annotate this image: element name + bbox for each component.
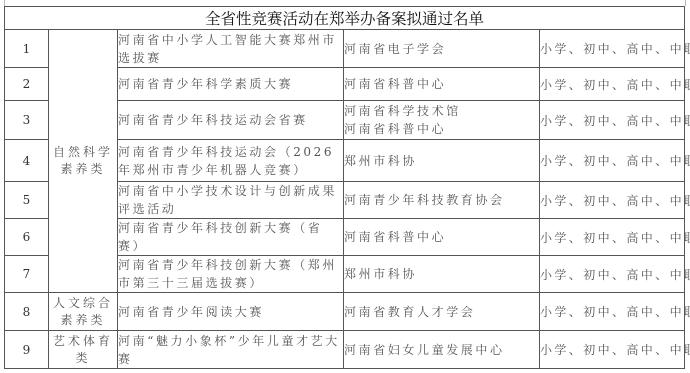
- competition-name: 河南省青少年科技运动会省赛: [118, 101, 344, 140]
- grade-levels: 小学、初中、高中、中职: [540, 140, 685, 182]
- organizer: 河南青少年科技教育协会: [344, 182, 540, 219]
- organizer-line: 郑州市科协: [344, 152, 539, 170]
- competition-name: 河南省青少年科技运动会（2026年郑州市青少年机器人竞赛）: [118, 140, 344, 182]
- grade-levels: 小学、初中、高中、中职: [540, 182, 685, 219]
- grade-levels: 小学、初中、高中、中职: [540, 101, 685, 140]
- competition-name: 河南省青少年阅读大赛: [118, 293, 344, 331]
- row-number: 4: [5, 140, 49, 182]
- competition-name: 河南省青少年科技创新大赛（省赛）: [118, 219, 344, 256]
- row-number: 9: [5, 331, 49, 369]
- organizer: 河南省科普中心: [344, 68, 540, 101]
- row-number: 7: [5, 256, 49, 293]
- row-number: 3: [5, 101, 49, 140]
- organizer-line: 河南省电子学会: [344, 40, 539, 58]
- category-arts-sports: 艺术体育类: [49, 331, 118, 369]
- grade-levels: 小学、初中、高中、中职: [540, 293, 685, 331]
- row-number: 1: [5, 30, 49, 68]
- grade-levels: 小学、初中、高中、中职: [540, 68, 685, 101]
- grade-levels: 小学、初中、高中、中职: [540, 331, 685, 369]
- row-number: 5: [5, 182, 49, 219]
- approval-list-table: 全省性竞赛活动在郑举办备案拟通过名单 1 自然科学素养类 河南省中小学人工智能大…: [4, 6, 685, 369]
- category-natural-science: 自然科学素养类: [49, 30, 118, 293]
- competition-name: 河南省青少年科学素质大赛: [118, 68, 344, 101]
- organizer-line: 河南省科普中心: [344, 75, 539, 93]
- row-number: 2: [5, 68, 49, 101]
- organizer-line: 河南省科普中心: [344, 120, 539, 138]
- organizer: 河南省科学技术馆 河南省科普中心: [344, 101, 540, 140]
- category-humanities: 人文综合素养类: [49, 293, 118, 331]
- competition-name: 河南省青少年科技创新大赛（郑州市第三十三届选拔赛）: [118, 256, 344, 293]
- organizer: 河南省科普中心: [344, 219, 540, 256]
- grade-levels: 小学、初中、高中、中职: [540, 219, 685, 256]
- grade-levels: 小学、初中、高中、中职: [540, 256, 685, 293]
- table-row: 9 艺术体育类 河南“魅力小象杯”少年儿童才艺大赛 河南省妇女儿童发展中心 小学…: [5, 331, 685, 369]
- organizer: 河南省教育人才学会: [344, 293, 540, 331]
- organizer-line: 河南省妇女儿童发展中心: [344, 341, 539, 359]
- table-row: 8 人文综合素养类 河南省青少年阅读大赛 河南省教育人才学会 小学、初中、高中、…: [5, 293, 685, 331]
- organizer: 郑州市科协: [344, 256, 540, 293]
- organizer-line: 郑州市科协: [344, 265, 539, 283]
- organizer-line: 河南省教育人才学会: [344, 303, 539, 321]
- organizer: 郑州市科协: [344, 140, 540, 182]
- table-title: 全省性竞赛活动在郑举办备案拟通过名单: [5, 7, 685, 30]
- page-corner-mark-right: [685, 0, 690, 6]
- title-row: 全省性竞赛活动在郑举办备案拟通过名单: [5, 7, 685, 30]
- table-row: 1 自然科学素养类 河南省中小学人工智能大赛郑州市选拔赛 河南省电子学会 小学、…: [5, 30, 685, 68]
- organizer: 河南省妇女儿童发展中心: [344, 331, 540, 369]
- row-number: 8: [5, 293, 49, 331]
- row-number: 6: [5, 219, 49, 256]
- organizer: 河南省电子学会: [344, 30, 540, 68]
- organizer-line: 河南青少年科技教育协会: [344, 191, 539, 209]
- organizer-line: 河南省科普中心: [344, 228, 539, 246]
- competition-name: 河南“魅力小象杯”少年儿童才艺大赛: [118, 331, 344, 369]
- grade-levels: 小学、初中、高中、中职: [540, 30, 685, 68]
- organizer-line: 河南省科学技术馆: [344, 102, 539, 120]
- competition-name: 河南省中小学技术设计与创新成果评选活动: [118, 182, 344, 219]
- competition-name: 河南省中小学人工智能大赛郑州市选拔赛: [118, 30, 344, 68]
